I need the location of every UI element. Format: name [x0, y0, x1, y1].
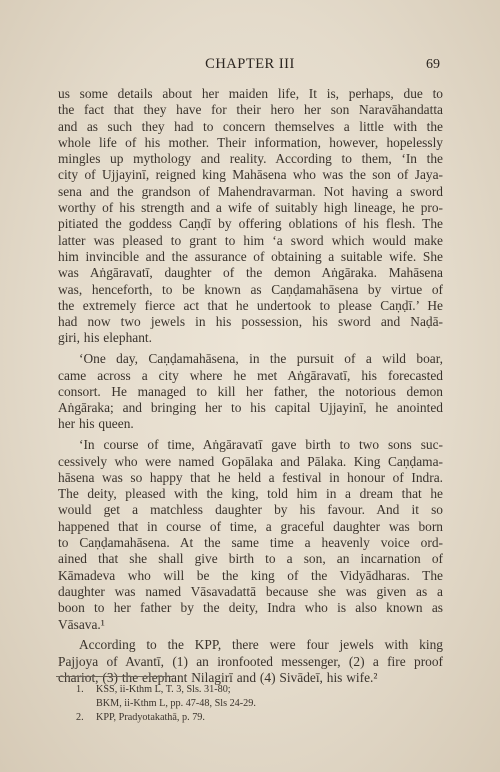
- text-line: the fact that they have for their hero h…: [58, 102, 443, 118]
- footnote-1: 1. KSS, ii-Kthm L, T. 3, Sls. 31-80;: [76, 683, 356, 697]
- running-header: CHAPTER III 69: [0, 56, 500, 76]
- footnote-text: KSS, ii-Kthm L, T. 3, Sls. 31-80;: [96, 683, 231, 697]
- text-line: According to the KPP, there were four je…: [58, 637, 443, 653]
- text-line: had now two jewels in his possession, hi…: [58, 314, 443, 330]
- chapter-title: CHAPTER III: [0, 56, 500, 73]
- footnotes: 1. KSS, ii-Kthm L, T. 3, Sls. 31-80; BKM…: [76, 683, 356, 725]
- body-text: us some details about her maiden life, I…: [58, 86, 443, 691]
- text-line: Pajjoya of Avantī, (1) an ironfooted mes…: [58, 654, 443, 670]
- book-page: CHAPTER III 69 us some details about her…: [0, 0, 500, 772]
- text-line: came across a city where he met Aṅgārava…: [58, 368, 443, 384]
- text-line: giri, his elephant.: [58, 330, 443, 346]
- footnote-divider: [56, 676, 174, 677]
- text-line: The deity, pleased with the king, told h…: [58, 486, 443, 502]
- paragraph-4: According to the KPP, there were four je…: [58, 637, 443, 686]
- text-line: city of Ujjayinī, reigned king Mahāsena …: [58, 167, 443, 183]
- text-line: to Caṇḍamahāsena. At the same time a hea…: [58, 535, 443, 551]
- text-line: whole life of his mother. Their informat…: [58, 135, 443, 151]
- footnote-number: 1.: [76, 683, 96, 697]
- text-line: sena and the grandson of Mahendravarman.…: [58, 184, 443, 200]
- text-line: us some details about her maiden life, I…: [58, 86, 443, 102]
- footnote-number: 2.: [76, 711, 96, 725]
- text-line: and as such they had to concern themselv…: [58, 119, 443, 135]
- text-line: the extremely fierce act that he underto…: [58, 298, 443, 314]
- text-line: ‘One day, Caṇḍamahāsena, in the pursuit …: [58, 351, 443, 367]
- text-line: worthy of his strength and a wife of sui…: [58, 200, 443, 216]
- text-line: him invincible and the assurance of obta…: [58, 249, 443, 265]
- paragraph-1: us some details about her maiden life, I…: [58, 86, 443, 347]
- text-line: her his queen.: [58, 416, 443, 432]
- footnote-text: KPP, Pradyotakathā, p. 79.: [96, 711, 205, 725]
- text-line: cessively who were named Gopālaka and Pā…: [58, 454, 443, 470]
- text-line: ained that she shall give birth to a son…: [58, 551, 443, 567]
- paragraph-2: ‘One day, Caṇḍamahāsena, in the pursuit …: [58, 351, 443, 432]
- text-line: ‘In course of time, Aṅgāravatī gave birt…: [58, 437, 443, 453]
- text-line: happened that in course of time, a grace…: [58, 519, 443, 535]
- footnote-2: 2. KPP, Pradyotakathā, p. 79.: [76, 711, 356, 725]
- text-line: pitiated the goddess Caṇḍī by offering o…: [58, 216, 443, 232]
- text-line: latter was pleased to grant to him ‘a sw…: [58, 233, 443, 249]
- footnote-1-continuation: BKM, ii-Kthm L, pp. 47-48, Sls 24-29.: [76, 697, 356, 711]
- text-line: Aṅgāraka; and bringing her to his capita…: [58, 400, 443, 416]
- text-line: was, henceforth, to be known as Caṇḍamah…: [58, 282, 443, 298]
- text-line: would get a matchless daughter by his fa…: [58, 502, 443, 518]
- text-line: hāsena was so happy that he held a festi…: [58, 470, 443, 486]
- page-number: 69: [426, 57, 440, 73]
- text-line: was Aṅgāravatī, daughter of the demon Aṅ…: [58, 265, 443, 281]
- text-line: consort. He managed to kill her father, …: [58, 384, 443, 400]
- paragraph-3: ‘In course of time, Aṅgāravatī gave birt…: [58, 437, 443, 633]
- text-line: Vāsava.¹: [58, 617, 443, 633]
- text-line: mingles up mythology and reality. Accord…: [58, 151, 443, 167]
- text-line: boon to her father by the deity, Indra w…: [58, 600, 443, 616]
- text-line: Kāmadeva who will be the king of the Vid…: [58, 568, 443, 584]
- text-line: daughter was named Vāsavadattā because s…: [58, 584, 443, 600]
